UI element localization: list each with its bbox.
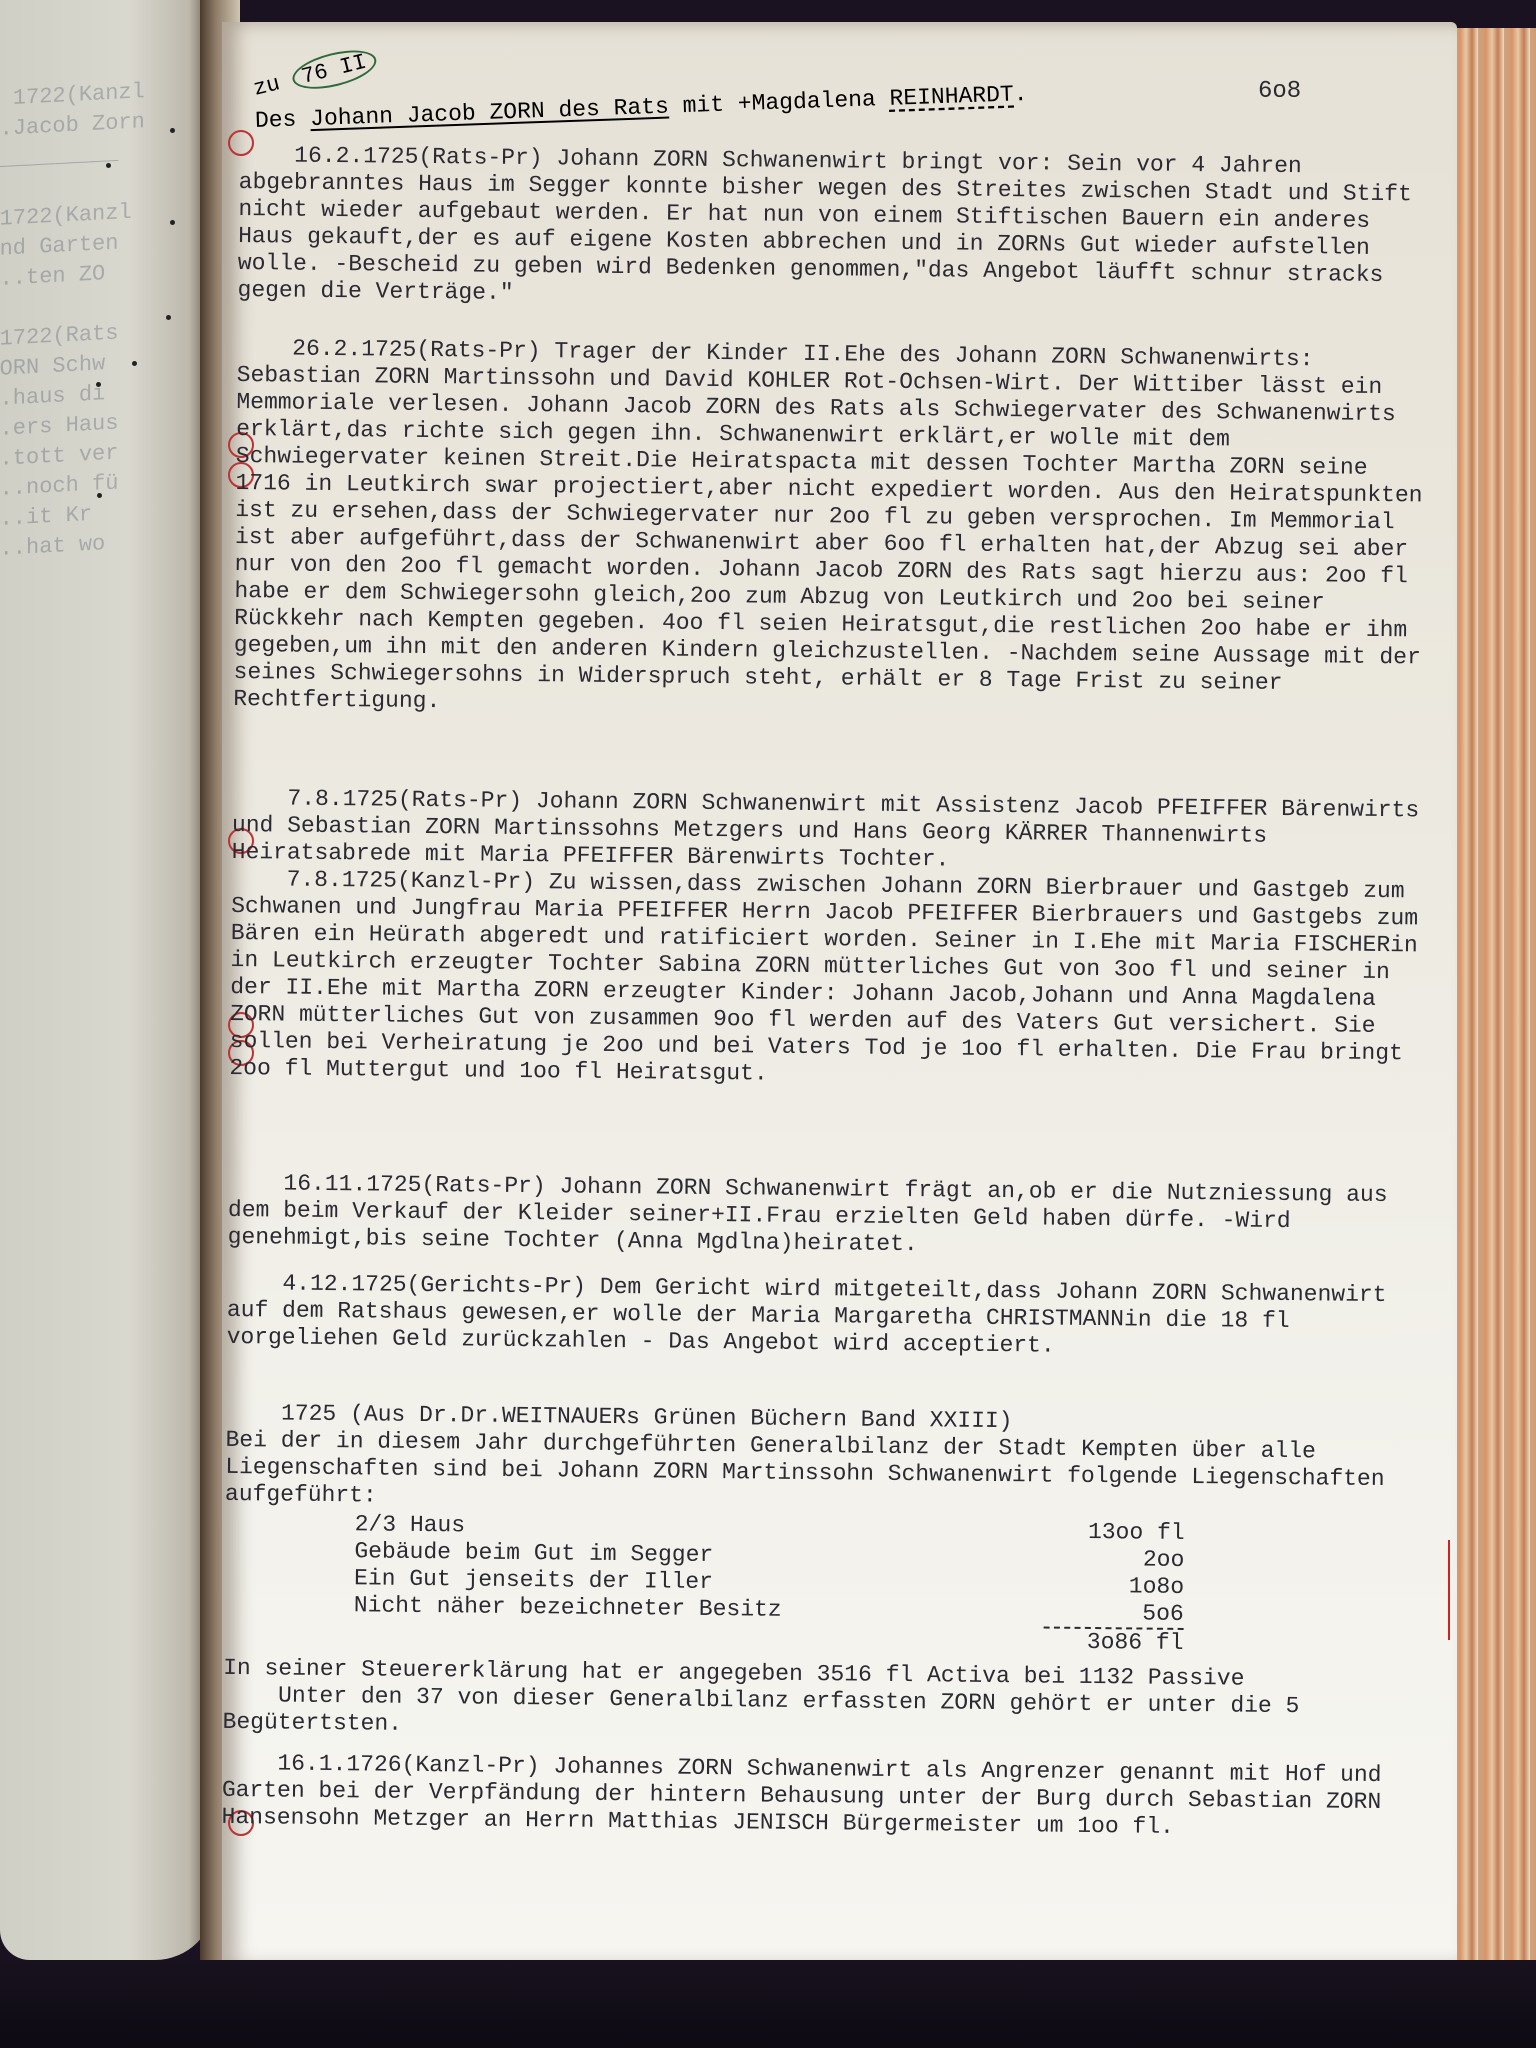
entry-date: 26.2.1725(Rats-Pr) bbox=[292, 336, 541, 365]
entry: 26.2.1725(Rats-Pr) Trager der Kinder II.… bbox=[233, 335, 1427, 725]
entry: 16.11.1725(Rats-Pr) Johann ZORN Schwanen… bbox=[228, 1170, 1419, 1263]
entry-date: 7.8.1725(Rats-Pr) bbox=[287, 786, 522, 814]
entry-text: Trager der Kinder II.Ehe des Johann ZORN… bbox=[233, 338, 1436, 714]
left-page: 1722(Kanzl ..Jacob Zorn ___________ .172… bbox=[0, 0, 215, 1960]
left-page-dot bbox=[170, 220, 175, 225]
entry-text: (Aus Dr.Dr.WEITNAUERs Grünen Büchern Ban… bbox=[225, 1401, 1399, 1508]
entry-text: Zu wissen,dass zwischen Johann ZORN Bier… bbox=[229, 869, 1432, 1086]
entry-date: 7.8.1725(Kanzl-Pr) bbox=[287, 867, 536, 896]
left-page-dot bbox=[132, 361, 137, 366]
entry: 4.12.1725(Gerichts-Pr) Dem Gericht wird … bbox=[226, 1270, 1417, 1363]
left-page-bleed-text: 1722(Kanzl ..Jacob Zorn ___________ .172… bbox=[0, 73, 215, 567]
book-cover bbox=[0, 1960, 1536, 2048]
left-page-dot bbox=[166, 315, 171, 320]
entry-date: 4.12.1725(Gerichts-Pr) bbox=[282, 1271, 586, 1300]
page-number: 6o8 bbox=[1258, 78, 1301, 105]
page-edges bbox=[1452, 28, 1536, 1988]
property-table: 2/3 Haus13oo fl Gebäude beim Gut im Segg… bbox=[353, 1511, 1184, 1655]
entry: 7.8.1725(Rats-Pr) Johann ZORN Schwanenwi… bbox=[232, 785, 1423, 878]
entry: 16.2.1725(Rats-Pr) Johann ZORN Schwanenw… bbox=[237, 142, 1429, 316]
entry: 16.1.1726(Kanzl-Pr) Johannes ZORN Schwan… bbox=[221, 1750, 1412, 1843]
entry-date: 1725 bbox=[281, 1401, 336, 1428]
entry-date: 16.1.1726(Kanzl-Pr) bbox=[277, 1750, 540, 1779]
tax-declaration: In seiner Steuererklärung hat er angegeb… bbox=[222, 1655, 1413, 1748]
margin-red-line bbox=[1448, 1540, 1450, 1640]
left-page-dot bbox=[96, 382, 101, 387]
entry-date: 16.2.1725(Rats-Pr) bbox=[294, 143, 543, 172]
entry-date: 16.11.1725(Rats-Pr) bbox=[283, 1171, 546, 1200]
left-page-dot bbox=[106, 163, 111, 168]
entry: 7.8.1725(Kanzl-Pr) Zu wissen,dass zwisch… bbox=[229, 866, 1421, 1094]
left-page-dot bbox=[170, 128, 175, 133]
heading-spouse: REINHARDT bbox=[889, 82, 1014, 112]
entry: 1725 (Aus Dr.Dr.WEITNAUERs Grünen Bücher… bbox=[225, 1400, 1416, 1520]
left-page-dot bbox=[97, 493, 102, 498]
